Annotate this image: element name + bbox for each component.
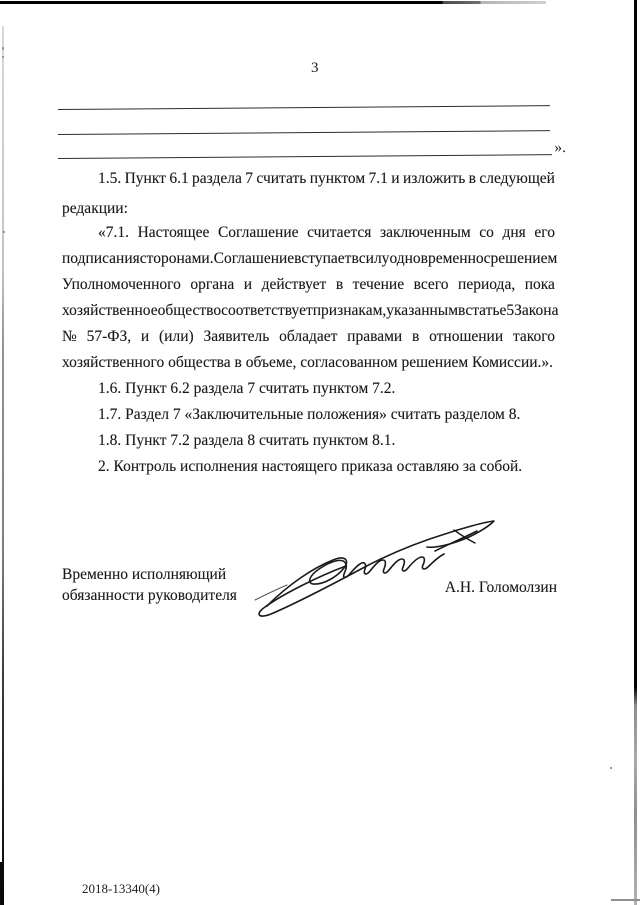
scan-speck — [2, 56, 4, 58]
paragraph-7-1-line: хозяйственного общества в объеме, соглас… — [62, 353, 555, 375]
closing-quote-mark: ». — [554, 140, 566, 155]
scan-speck — [3, 231, 5, 233]
order-item: 1.6. Пункт 6.2 раздела 7 считать пунктом… — [62, 379, 555, 401]
signatory-name: А.Н. Голомолзин — [400, 578, 557, 598]
order-item: 1.7. Раздел 7 «Заключительные положения»… — [62, 405, 555, 427]
scan-edge-right — [634, 0, 637, 905]
paragraph-1-5-line: редакции: — [62, 199, 555, 221]
document-page: 3 ». 1.5.Пункт6.1раздела7считатьпунктом7… — [0, 0, 640, 905]
paragraph-7-1-line: Уполномоченногоорганаидействуетвтечениев… — [62, 275, 555, 297]
ruled-blank-line-segment — [58, 153, 552, 159]
order-item: 1.8. Пункт 7.2 раздела 8 считать пунктом… — [62, 431, 555, 453]
scan-speck — [2, 47, 4, 50]
scan-edge-bottom-left — [0, 862, 3, 905]
ruled-blank-line: ». — [58, 139, 566, 159]
document-footer-code: 2018-13340(4) — [82, 881, 160, 897]
paragraph-7-1-line: подписаниясторонами.Соглашениевступаетвс… — [62, 249, 555, 271]
order-item: 2. Контроль исполнения настоящего приказ… — [62, 457, 555, 479]
paragraph-7-1-line: хозяйственноеобществосоответствуетпризна… — [62, 301, 555, 323]
paragraph-7-1-line: «7.1.НастоящееСоглашениесчитаетсязаключе… — [62, 223, 555, 245]
page-number: 3 — [311, 60, 319, 76]
ruled-blank-line — [58, 92, 550, 110]
scan-speck — [610, 767, 612, 769]
scan-edge-left — [2, 26, 4, 905]
ruled-blank-line — [58, 117, 550, 135]
scan-edge-bottom-right — [611, 899, 640, 901]
paragraph-1-5-line: 1.5.Пункт6.1раздела7считатьпунктом7.1ииз… — [62, 169, 555, 191]
paragraph-7-1-line: №57-ФЗ,и(или)Заявительобладаетправамивот… — [62, 327, 555, 349]
scan-edge-top — [0, 1, 546, 4]
handwritten-signature-icon — [249, 516, 497, 620]
